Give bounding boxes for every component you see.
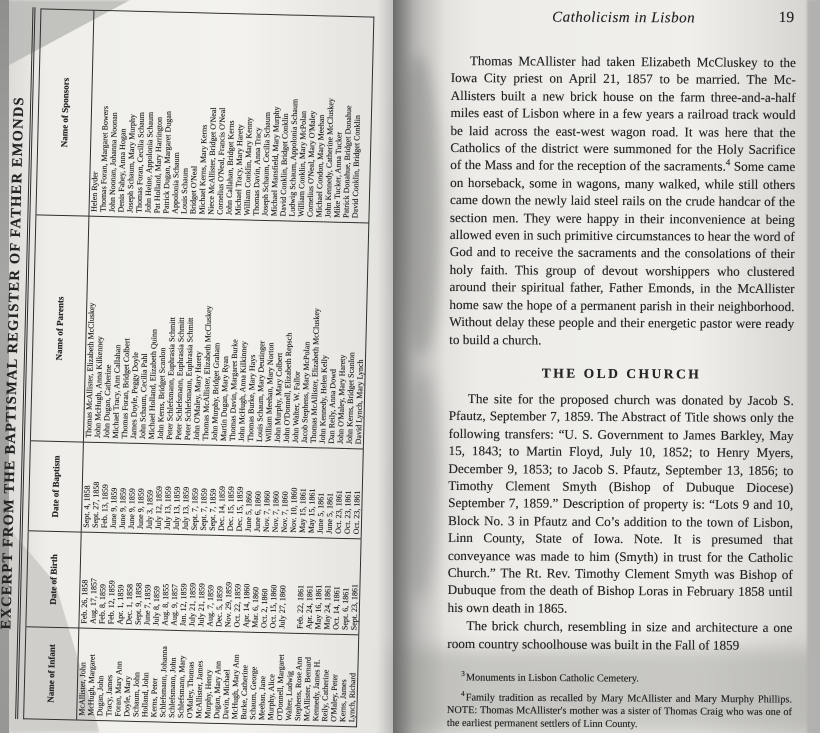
book-scan: EXCERPT FROM THE BAPTISMAL REGISTER OF F… [0,0,820,733]
paragraph-3: The brick church, resembling in size and… [447,617,792,654]
page-edge-shadow [807,0,820,733]
running-head: Catholicism in Lisbon 19 [451,9,796,33]
column-header-baptism: Date of Baptism [28,440,83,531]
table-cell: Lynch, Richard [347,634,359,726]
page-content: Catholicism in Lisbon 19 Thomas McAllist… [447,9,796,733]
footnotes: 3Monuments in Lisbon Catholic Cemetery. … [447,667,792,733]
baptismal-register-table: Name of Infant Date of Birth Date of Bap… [23,8,374,727]
column-header-infant: Name of Infant [23,626,78,719]
paragraph-1-text-a: Thomas McAllister had taken Elizabeth Mc… [450,53,796,174]
column-header-birth: Date of Birth [25,530,80,627]
footnote-3-number: 3 [461,669,465,678]
footnote-4-text: Family tradition as recalled by Mary McA… [447,692,792,730]
paragraph-1-text-b: Some came on horseback, some in wagons, … [449,159,795,347]
column-header-parents: Name of Parents [30,214,89,441]
right-page: Catholicism in Lisbon 19 Thomas McAllist… [393,0,820,733]
left-page: EXCERPT FROM THE BAPTISMAL REGISTER OF F… [0,0,393,733]
footnote-4: 4Family tradition as recalled by Mary Mc… [447,687,792,733]
register-body: McAllister, JohnFeb. 26, 1858Sept. 4, 18… [76,10,373,727]
table-cell: July 27, 1860 [277,536,288,632]
table-cell: Sept. 23, 1861 [349,538,361,634]
gutter-shadow [393,0,445,733]
running-head-title: Catholicism in Lisbon [451,9,796,28]
table-cell: Oct. 23, 1861 [351,448,363,538]
rotated-register: EXCERPT FROM THE BAPTISMAL REGISTER OF F… [0,6,372,727]
footnote-3: 3Monuments in Lisbon Catholic Cemetery. [447,667,792,687]
section-heading: THE OLD CHURCH [449,365,794,383]
paragraph-2: The site for the proposed church was don… [448,390,794,618]
paragraph-1: Thomas McAllister had taken Elizabeth Mc… [449,52,796,350]
column-header-sponsors: Name of Sponsors [35,8,93,215]
footnote-4-number: 4 [461,689,465,698]
footnote-3-text: Monuments in Lisbon Catholic Cemetery. [466,672,639,684]
page-number: 19 [779,9,795,27]
